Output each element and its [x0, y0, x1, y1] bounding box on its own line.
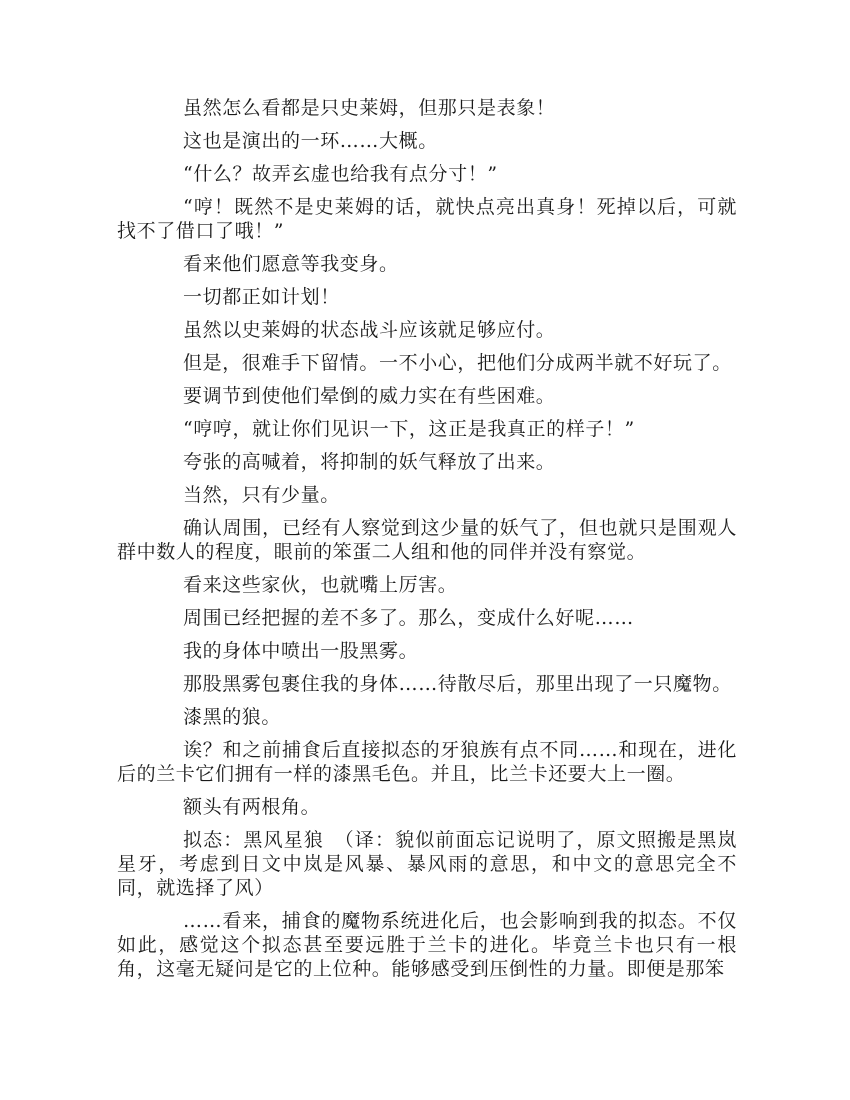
paragraph: 要调节到使他们晕倒的威力实在有些困难。 — [117, 384, 737, 408]
paragraph: 周围已经把握的差不多了。那么，变成什么好呢…… — [117, 606, 737, 630]
paragraph: 拟态：黑风星狼 （译：貌似前面忘记说明了，原文照搬是黑岚星牙，考虑到日文中岚是风… — [117, 828, 737, 900]
paragraph: 夸张的高喊着，将抑制的妖气释放了出来。 — [117, 450, 737, 474]
paragraph: 诶？和之前捕食后直接拟态的牙狼族有点不同……和现在，进化后的兰卡它们拥有一样的漆… — [117, 738, 737, 786]
paragraph: 那股黑雾包裹住我的身体……待散尽后，那里出现了一只魔物。 — [117, 672, 737, 696]
paragraph: ……看来，捕食的魔物系统进化后，也会影响到我的拟态。不仅如此，感觉这个拟态甚至要… — [117, 909, 737, 981]
paragraph: 漆黑的狼。 — [117, 705, 737, 729]
paragraph: 确认周围，已经有人察觉到这少量的妖气了，但也就只是围观人群中数人的程度，眼前的笨… — [117, 516, 737, 564]
paragraph: 一切都正如计划！ — [117, 285, 737, 309]
paragraph: 当然，只有少量。 — [117, 483, 737, 507]
paragraph: 看来这些家伙，也就嘴上厉害。 — [117, 573, 737, 597]
paragraph: “哼！既然不是史莱姆的话，就快点亮出真身！死掉以后，可就找不了借口了哦！” — [117, 195, 737, 243]
paragraph: 额头有两根角。 — [117, 795, 737, 819]
paragraph: 这也是演出的一环……大概。 — [117, 129, 737, 153]
paragraph: 看来他们愿意等我变身。 — [117, 252, 737, 276]
document-page: 虽然怎么看都是只史莱姆，但那只是表象！ 这也是演出的一环……大概。 “什么？故弄… — [0, 0, 850, 1100]
paragraph: “哼哼，就让你们见识一下，这正是我真正的样子！” — [117, 417, 737, 441]
paragraph: “什么？故弄玄虚也给我有点分寸！” — [117, 162, 737, 186]
paragraph: 但是，很难手下留情。一不小心，把他们分成两半就不好玩了。 — [117, 351, 737, 375]
paragraph: 虽然以史莱姆的状态战斗应该就足够应付。 — [117, 318, 737, 342]
paragraph: 虽然怎么看都是只史莱姆，但那只是表象！ — [117, 96, 737, 120]
paragraph: 我的身体中喷出一股黑雾。 — [117, 639, 737, 663]
body-text: 虽然怎么看都是只史莱姆，但那只是表象！ 这也是演出的一环……大概。 “什么？故弄… — [117, 96, 737, 990]
